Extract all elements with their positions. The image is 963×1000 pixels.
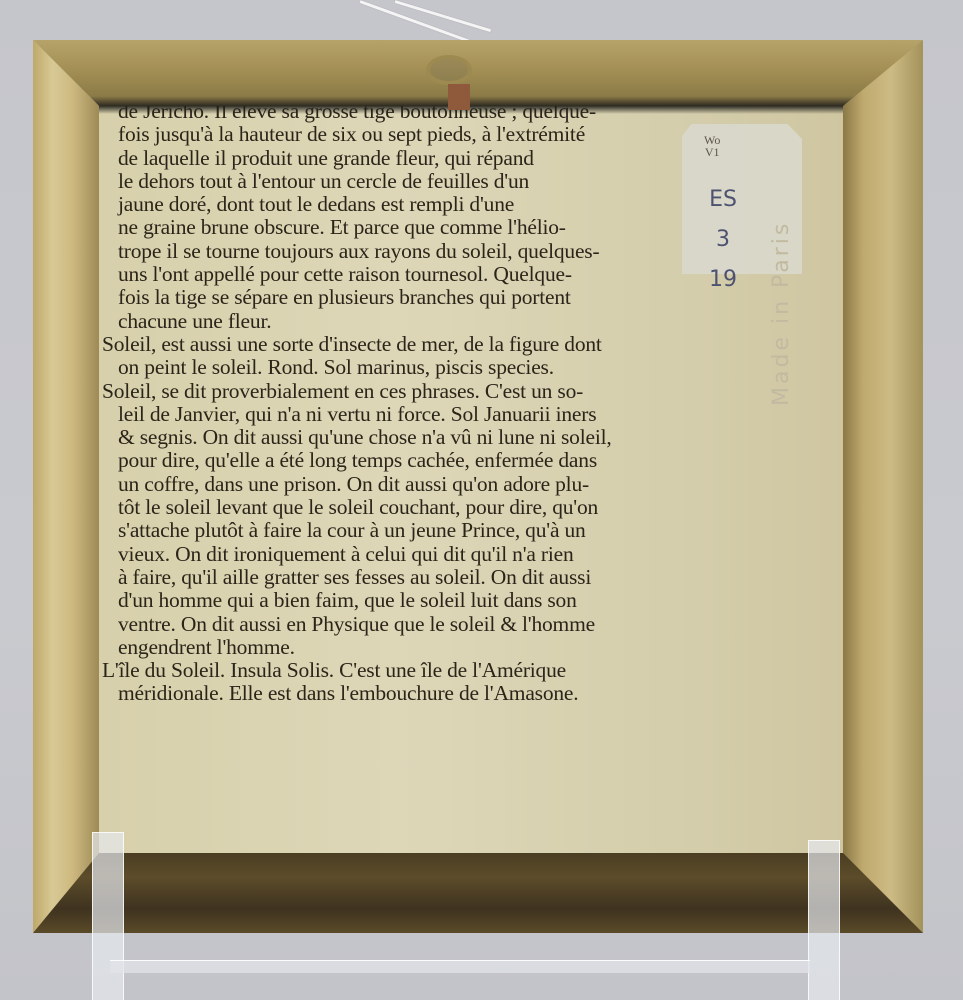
acrylic-stand-left-leg bbox=[92, 832, 124, 1000]
text-line: on peint le soleil. Rond. Sol marinus, p… bbox=[102, 356, 762, 379]
entry-headword-line: L'île du Soleil. Insula Solis. C'est une… bbox=[102, 659, 762, 682]
text-line: ne graine brune obscure. Et parce que co… bbox=[102, 216, 762, 239]
text-line: fois jusqu'à la hauteur de six ou sept p… bbox=[102, 123, 762, 146]
text-line: jaune doré, dont tout le dedans est remp… bbox=[102, 193, 762, 216]
text-line: engendrent l'homme. bbox=[102, 636, 762, 659]
text-line: de laquelle il produit une grande fleur,… bbox=[102, 147, 762, 170]
text-line: uns l'ont appellé pour cette raison tour… bbox=[102, 263, 762, 286]
frame-left-rail bbox=[33, 40, 99, 933]
frame-right-rail bbox=[843, 40, 923, 933]
text-line: fois la tige se sépare en plusieurs bran… bbox=[102, 286, 762, 309]
handwritten-line: 3 bbox=[703, 220, 743, 260]
hanging-string bbox=[395, 0, 492, 32]
hanging-ring bbox=[426, 55, 472, 85]
frame-top-rail bbox=[33, 40, 923, 106]
text-line: d'un homme qui a bien faim, que le solei… bbox=[102, 589, 762, 612]
text-line: le dehors tout à l'entour un cercle de f… bbox=[102, 170, 762, 193]
text-line: chacune une fleur. bbox=[102, 310, 762, 333]
text-line: ventre. On dit aussi en Physique que le … bbox=[102, 613, 762, 636]
leather-tab bbox=[448, 84, 470, 110]
text-line: leil de Janvier, qui n'a ni vertu ni for… bbox=[102, 403, 762, 426]
frame-bottom-rail bbox=[33, 853, 923, 933]
picture-frame: de Jericho. Il eleve sa grosse tige bout… bbox=[33, 40, 923, 933]
label-printed-text: Wo V1 bbox=[704, 134, 720, 158]
handwritten-line: 19 bbox=[703, 260, 743, 300]
text-line: vieux. On dit ironiquement à celui qui d… bbox=[102, 543, 762, 566]
page-text: de Jericho. Il eleve sa grosse tige bout… bbox=[102, 106, 762, 706]
handwritten-line: ES bbox=[703, 180, 743, 220]
entry-headword-line: Soleil, est aussi une sorte d'insecte de… bbox=[102, 333, 762, 356]
embossed-made-in-paris: Made in Paris bbox=[769, 221, 794, 406]
dictionary-page: de Jericho. Il eleve sa grosse tige bout… bbox=[99, 106, 843, 853]
text-line: pour dire, qu'elle a été long temps cach… bbox=[102, 449, 762, 472]
acrylic-stand-bar bbox=[110, 960, 810, 973]
text-line: un coffre, dans une prison. On dit aussi… bbox=[102, 473, 762, 496]
acrylic-stand-right-leg bbox=[808, 840, 840, 1000]
text-line: à faire, qu'il aille gratter ses fesses … bbox=[102, 566, 762, 589]
entry-headword-line: Soleil, se dit proverbialement en ces ph… bbox=[102, 380, 762, 403]
text-line: s'attache plutôt à faire la cour à un je… bbox=[102, 519, 762, 542]
label-handwritten-numbers: ES 3 19 bbox=[703, 180, 743, 300]
text-line: & segnis. On dit aussi qu'une chose n'a … bbox=[102, 426, 762, 449]
label-print-line: V1 bbox=[704, 146, 720, 158]
page-top-shadow bbox=[99, 106, 843, 114]
text-line: trope il se tourne toujours aux rayons d… bbox=[102, 240, 762, 263]
text-line: tôt le soleil levant que le soleil couch… bbox=[102, 496, 762, 519]
text-line: méridionale. Elle est dans l'embouchure … bbox=[102, 682, 762, 705]
